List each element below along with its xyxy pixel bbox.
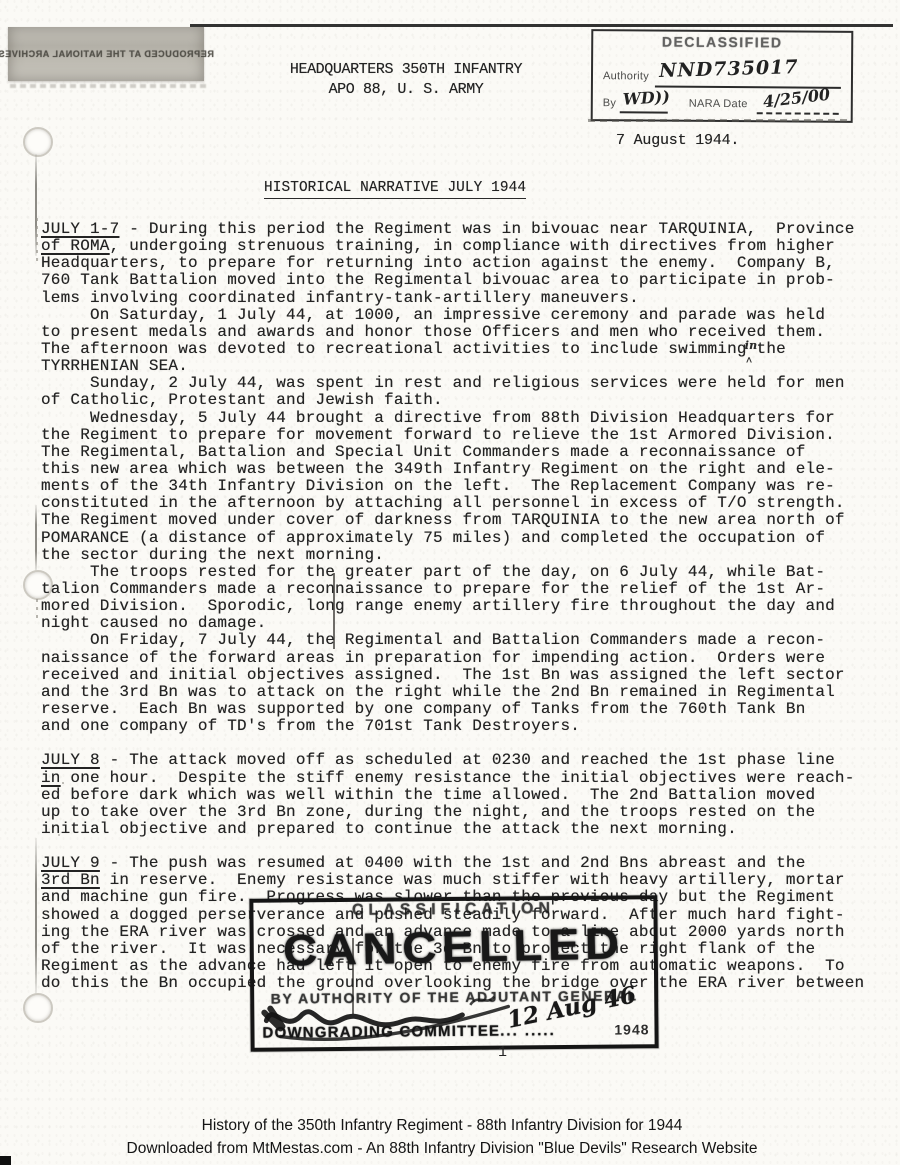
page-number: 1: [498, 1044, 507, 1061]
stamp-year: 1948: [614, 1021, 649, 1037]
document-line: and the 3rd Bn was to attack on the righ…: [41, 684, 881, 701]
stamp-cancelled-text: CANCELLED: [237, 918, 670, 977]
document-line: Wednesday, 5 July 44 brought a directive…: [41, 410, 881, 427]
document-line: On Saturday, 1 July 44, at 1000, an impr…: [41, 307, 881, 324]
document-line: naissance of the forward areas in prepar…: [41, 650, 881, 667]
letterhead: HEADQUARTERS 350TH INFANTRY APO 88, U. S…: [250, 60, 562, 100]
document-line: this new area which was between the 349t…: [41, 461, 881, 478]
document-line: constituted in the afternoon by attachin…: [41, 495, 881, 512]
document-line: Sunday, 2 July 44, was spent in rest and…: [41, 375, 881, 392]
document-body: JULY 1-7 - During this period the Regime…: [41, 221, 881, 992]
document-line: ments of the 34th Infantry Division on t…: [41, 478, 881, 495]
document-line: talion Commanders made a reconnaissance …: [41, 581, 881, 598]
document-line: and one company of TD's from the 701st T…: [41, 718, 881, 735]
document-line: TYRRHENIAN SEA.: [41, 358, 881, 375]
footer-line1: History of the 350th Infantry Regiment -…: [0, 1114, 884, 1137]
document-line: night caused no damage.: [41, 615, 881, 632]
scan-top-rule: [190, 24, 893, 27]
classification-cancelled-stamp: CLASSIFICATION CANCELLED BY AUTHORITY OF…: [249, 895, 658, 1052]
document-line: mored Division. Sporodic, long range ene…: [41, 598, 881, 615]
document-line: in one hour. Despite the stiff enemy res…: [41, 770, 881, 787]
document-line: [41, 735, 881, 752]
document-line: initial objective and prepared to contin…: [41, 821, 881, 838]
binder-stem-2: [35, 505, 37, 571]
document-line: Headquarters, to prepare for returning i…: [41, 255, 881, 272]
document-line: The Regiment moved under cover of darkne…: [41, 512, 881, 529]
document-line: 3rd Bn in reserve. Enemy resistance was …: [41, 872, 881, 889]
document-line: JULY 8 - The attack moved off as schedul…: [41, 752, 881, 769]
national-archives-strip: REPRODUCED AT THE NATIONAL ARCHIVES: [8, 27, 204, 81]
document-line: The afternoon was devoted to recreationa…: [41, 341, 881, 358]
punch-hole-bottom: [23, 993, 53, 1023]
document-line: reserve. Each Bn was supported by one co…: [41, 701, 881, 718]
strip-smudge: [10, 84, 208, 88]
by-handwritten-value: WD)): [622, 87, 670, 109]
document-line: 760 Tank Battalion moved into the Regime…: [41, 272, 881, 289]
authority-handwritten-value: NND735017: [659, 56, 799, 82]
document-line: the Regiment to prepare for movement for…: [41, 427, 881, 444]
letterhead-line1: HEADQUARTERS 350TH INFANTRY: [250, 60, 562, 80]
stamp-classification-text: CLASSIFICATION: [253, 899, 653, 920]
footer-line2: Downloaded from MtMestas.com - An 88th I…: [0, 1137, 884, 1160]
signature-scrawl: [256, 984, 547, 1049]
binder-stem-dotted-2: [36, 599, 38, 623]
declassified-stamp: DECLASSIFIED Authority NND735017 By WD))…: [591, 29, 854, 123]
document-line: of Catholic, Protestant and Jewish faith…: [41, 392, 881, 409]
document-line: The troops rested for the greater part o…: [41, 564, 881, 581]
nara-date-underline: [757, 112, 839, 115]
nara-date-label: NARA Date: [689, 98, 748, 110]
page-title: HISTORICAL NARRATIVE JULY 1944: [264, 180, 526, 199]
document-line: POMARANCE (a distance of approximately 7…: [41, 530, 881, 547]
authority-label: Authority: [603, 70, 649, 82]
document-line: JULY 1-7 - During this period the Regime…: [41, 221, 881, 238]
document-line: The Regimental, Battalion and Special Un…: [41, 444, 881, 461]
scanned-document-page: REPRODUCED AT THE NATIONAL ARCHIVES HEAD…: [0, 0, 900, 1165]
document-line: up to take over the 3rd Bn zone, during …: [41, 804, 881, 821]
document-line: On Friday, 7 July 44, the Regimental and…: [41, 632, 881, 649]
letterhead-line2: APO 88, U. S. ARMY: [250, 80, 562, 100]
document-line: JULY 9 - The push was resumed at 0400 wi…: [41, 855, 881, 872]
nara-date-handwritten: 4/25/00: [762, 85, 831, 112]
document-line: received and initial objectives assigned…: [41, 667, 881, 684]
document-line: of ROMA, undergoing strenuous training, …: [41, 238, 881, 255]
document-line: the sector during the next morning.: [41, 547, 881, 564]
archives-strip-mirrored-text: REPRODUCED AT THE NATIONAL ARCHIVES: [0, 49, 214, 59]
declassified-stamp-smear: [588, 119, 850, 122]
document-line: [41, 838, 881, 855]
binder-stem-dotted-1: [36, 218, 38, 266]
binder-stem-3: [35, 838, 37, 994]
by-underline: [620, 111, 668, 113]
by-label: By: [603, 97, 617, 109]
punch-hole-top: [23, 127, 53, 157]
declassified-title: DECLASSIFIED: [593, 33, 851, 51]
footer: History of the 350th Infantry Regiment -…: [0, 1114, 884, 1160]
document-date: 7 August 1944.: [616, 132, 739, 149]
document-line: ed before dark which was well within the…: [41, 787, 881, 804]
document-line: lems involving coordinated infantry-tank…: [41, 290, 881, 307]
